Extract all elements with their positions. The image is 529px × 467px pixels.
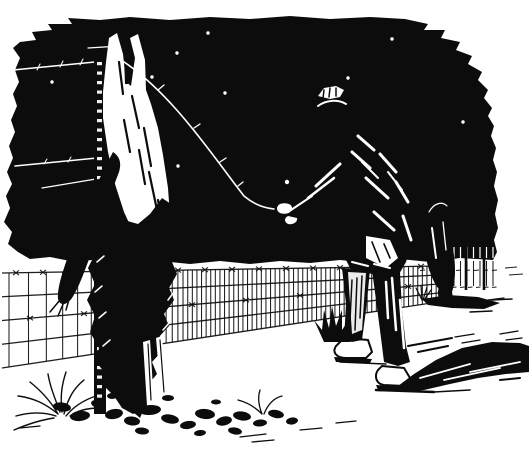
night-sky <box>4 16 498 264</box>
trapper-hand <box>277 203 292 214</box>
star <box>175 51 178 54</box>
star <box>223 91 226 94</box>
distant-ground-dash <box>460 287 465 288</box>
star <box>461 120 464 123</box>
distant-ground-dash <box>476 287 481 288</box>
post-stud <box>97 167 102 170</box>
post-stud <box>97 148 102 151</box>
post-stud <box>97 110 102 113</box>
star <box>50 80 53 83</box>
rock <box>107 393 117 399</box>
distant-ground-dash <box>492 287 497 288</box>
post-stud <box>97 91 102 94</box>
star <box>346 76 349 79</box>
illustration-page <box>0 0 529 467</box>
post-stud <box>97 62 102 65</box>
post-stud <box>97 395 102 398</box>
illustration <box>0 0 529 467</box>
post-stud <box>97 72 102 75</box>
post-stud <box>97 376 102 379</box>
distant-wire-dash <box>456 270 461 271</box>
distant-wire-dash <box>465 270 470 271</box>
star <box>206 31 209 34</box>
post-stud <box>97 100 102 103</box>
distant-wire-dash <box>474 270 479 271</box>
post-stud <box>97 129 102 132</box>
distant-wire-dash <box>483 270 488 271</box>
post-stud <box>97 138 102 141</box>
distant-ground-dash <box>484 287 489 288</box>
rock <box>211 400 221 405</box>
star <box>176 164 179 167</box>
post-stud <box>97 385 102 388</box>
star <box>285 180 289 184</box>
post-stud <box>97 157 102 160</box>
post-stud <box>97 119 102 122</box>
post-stud <box>97 81 102 84</box>
distant-wire-dash <box>492 270 497 271</box>
star <box>390 37 393 40</box>
star <box>150 75 153 78</box>
distant-ground-dash <box>468 287 473 288</box>
rock <box>162 395 174 401</box>
